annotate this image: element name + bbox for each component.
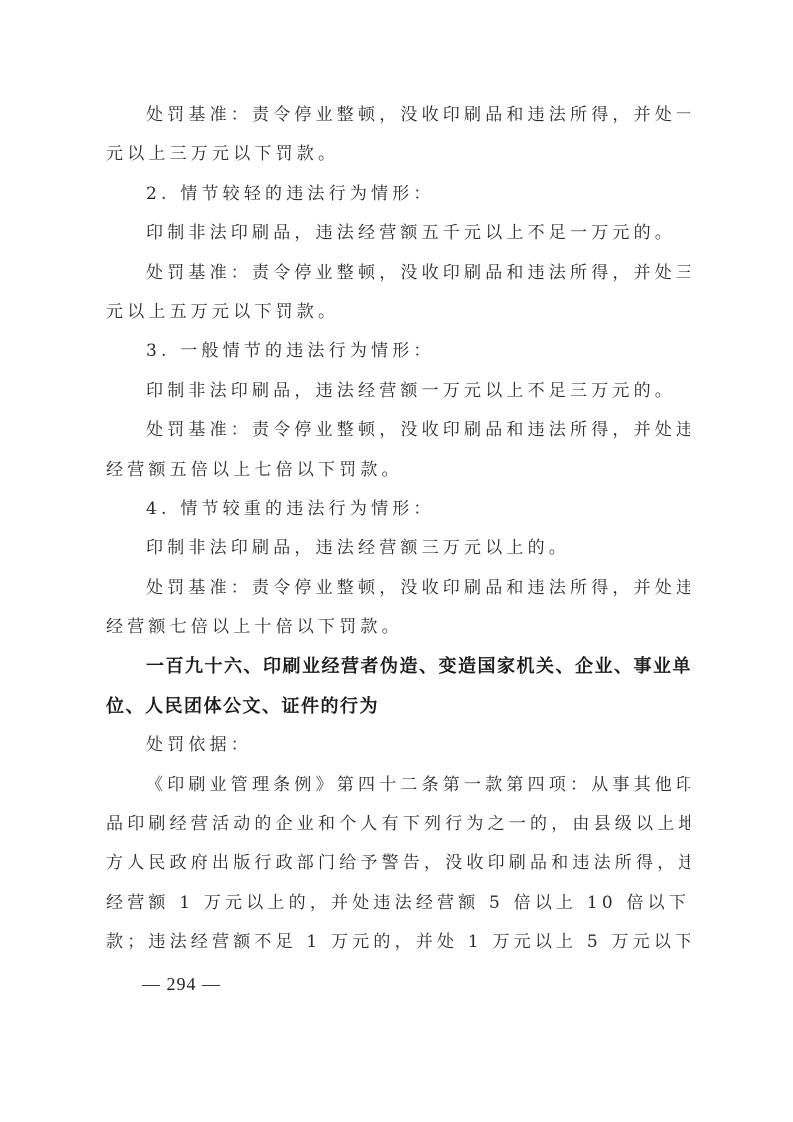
paragraph-line: 经营额五倍以上七倍以下罚款。 <box>106 451 690 490</box>
basis-line: 品印刷经营活动的企业和个人有下列行为之一的，由县级以上地 <box>106 805 690 844</box>
basis-line: 方人民政府出版行政部门给予警告，没收印刷品和违法所得，违法 <box>106 844 690 883</box>
paragraph-line: 元以上五万元以下罚款。 <box>106 293 690 332</box>
basis-line: 《印刷业管理条例》第四十二条第一款第四项：从事其他印刷 <box>106 766 690 805</box>
paragraph-line: 印制非法印刷品，违法经营额三万元以上的。 <box>106 529 690 568</box>
paragraph-line: 元以上三万元以下罚款。 <box>106 135 690 174</box>
paragraph-line: 印制非法印刷品，违法经营额五千元以上不足一万元的。 <box>106 214 690 253</box>
paragraph-line: 处罚基准：责令停业整顿，没收印刷品和违法所得，并处三万 <box>106 254 690 293</box>
document-page: 处罚基准：责令停业整顿，没收印刷品和违法所得，并处一万 元以上三万元以下罚款。 … <box>106 96 690 963</box>
basis-line: 经营额 1 万元以上的，并处违法经营额 5 倍以上 10 倍以下的罚 <box>106 884 690 923</box>
paragraph-line: 经营额七倍以上十倍以下罚款。 <box>106 608 690 647</box>
section-heading-line-1: 一百九十六、印刷业经营者伪造、变造国家机关、企业、事业单 <box>106 647 690 686</box>
basis-line: 款；违法经营额不足 1 万元的，并处 1 万元以上 5 万元以下的罚 <box>106 923 690 962</box>
paragraph-line: 处罚基准：责令停业整顿，没收印刷品和违法所得，并处违法 <box>106 411 690 450</box>
section-heading-line-2: 位、人民团体公文、证件的行为 <box>106 687 690 726</box>
subheading-general: 3. 一般情节的违法行为情形： <box>106 332 690 371</box>
paragraph-line: 处罚基准：责令停业整顿，没收印刷品和违法所得，并处违法 <box>106 569 690 608</box>
basis-label: 处罚依据： <box>106 726 690 765</box>
page-number: — 294 — <box>142 974 221 995</box>
paragraph-line: 印制非法印刷品，违法经营额一万元以上不足三万元的。 <box>106 372 690 411</box>
paragraph-line: 处罚基准：责令停业整顿，没收印刷品和违法所得，并处一万 <box>106 96 690 135</box>
subheading-minor: 2. 情节较轻的违法行为情形： <box>106 175 690 214</box>
subheading-serious: 4. 情节较重的违法行为情形： <box>106 490 690 529</box>
